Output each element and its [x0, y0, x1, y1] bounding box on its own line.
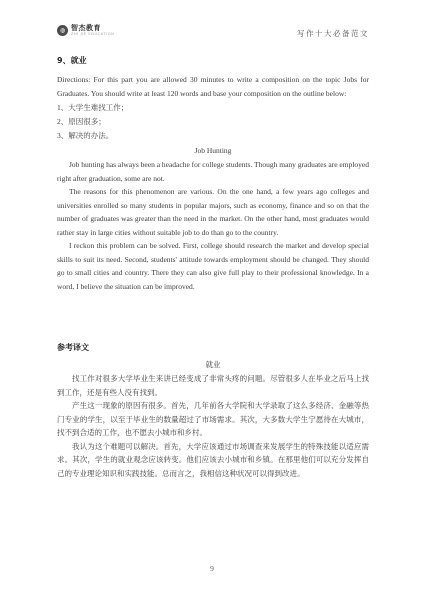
document-page: ◍ 智杰教育 ZHI JIE EDUCATION 写作十大必备范文 9、就业 D… [0, 0, 424, 600]
translation-title: 就业 [57, 358, 369, 372]
section-heading: 9、就业 [57, 56, 369, 66]
page-header: ◍ 智杰教育 ZHI JIE EDUCATION 写作十大必备范文 [57, 24, 369, 39]
brand-name: 智杰教育 [71, 24, 114, 32]
globe-emblem-icon: ◍ [57, 25, 68, 36]
translation-paragraph-3: 我认为这个难题可以解决。首先，大学应该通过市场调查来发展学生的特殊技能以适应需求… [57, 440, 369, 481]
page-number: 9 [0, 564, 424, 573]
brand-logo: ◍ 智杰教育 ZHI JIE EDUCATION [57, 24, 114, 37]
directions-paragraph: Directions: For this part you are allowe… [57, 73, 369, 100]
essay-title: Job Hunting [57, 144, 369, 158]
translation-heading: 参考译文 [57, 343, 369, 353]
essay-paragraph-3: I reckon this problem can be solved. Fir… [57, 239, 369, 293]
outline-list: 1、大学生难找工作； 2、原因很多； 3、解决的办法。 [57, 101, 369, 143]
essay-paragraph-2: The reasons for this phenomenon are vari… [57, 185, 369, 239]
translation-paragraph-1: 找工作对很多大学毕业生来讲已经变成了非常头疼的问题。尽管很多人在毕业之后马上找到… [57, 372, 369, 399]
header-title: 写作十大必备范文 [297, 28, 369, 39]
logo-text: 智杰教育 ZHI JIE EDUCATION [71, 24, 114, 37]
outline-item-1: 1、大学生难找工作； [57, 101, 369, 115]
brand-subtitle: ZHI JIE EDUCATION [71, 32, 114, 37]
essay-paragraph-1: Job hunting has always been a headache f… [57, 158, 369, 185]
outline-item-3: 3、解决的办法。 [57, 129, 369, 143]
outline-item-2: 2、原因很多； [57, 115, 369, 129]
translation-paragraph-2: 产生这一现象的原因有很多。首先，几年前各大学院和大学录取了这么多经济、金融等热门… [57, 399, 369, 440]
